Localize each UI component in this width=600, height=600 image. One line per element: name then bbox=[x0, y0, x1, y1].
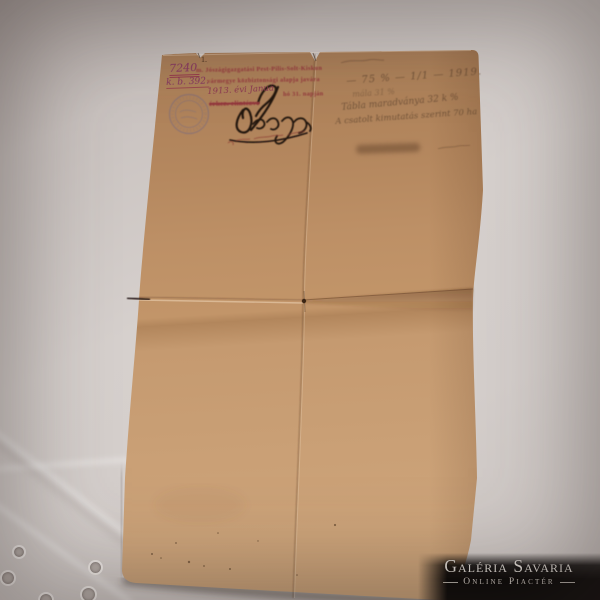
pencil-smudge bbox=[356, 143, 420, 154]
page-corner-mark: 1. bbox=[201, 55, 207, 64]
stamp-text-line1: m. Jószágigazgatási Pest-Pilis-Solt-Kisk… bbox=[196, 65, 322, 74]
document-marks-layer: 1. 7240 k. b. 392. m. Jószágigazgatási P… bbox=[0, 0, 600, 600]
watermark-banner: Galéria Savaria Online Piactér bbox=[418, 553, 600, 600]
stamp-struck-line: érkez. elintézve bbox=[209, 99, 260, 108]
photo-frame: 1. 7240 k. b. 392. m. Jószágigazgatási P… bbox=[0, 0, 600, 600]
registry-number-2: k. b. 392. bbox=[166, 77, 209, 89]
pencil-note-1: — 75 % — 1/1 — 1919. bbox=[346, 67, 482, 87]
handwritten-date: 1913. évi Januá bbox=[207, 84, 274, 97]
stamp-date-part: hó 31. napján bbox=[283, 90, 324, 98]
subtitle-rule-right bbox=[560, 582, 575, 583]
watermark-subtitle-row: Online Piactér bbox=[443, 578, 575, 588]
pencil-note-2: mála 31 % bbox=[352, 87, 395, 99]
subtitle-rule-left bbox=[443, 582, 458, 583]
watermark-subtitle: Online Piactér bbox=[463, 578, 555, 588]
registry-number: 7240 bbox=[169, 61, 200, 78]
watermark-title: Galéria Savaria bbox=[444, 558, 573, 576]
